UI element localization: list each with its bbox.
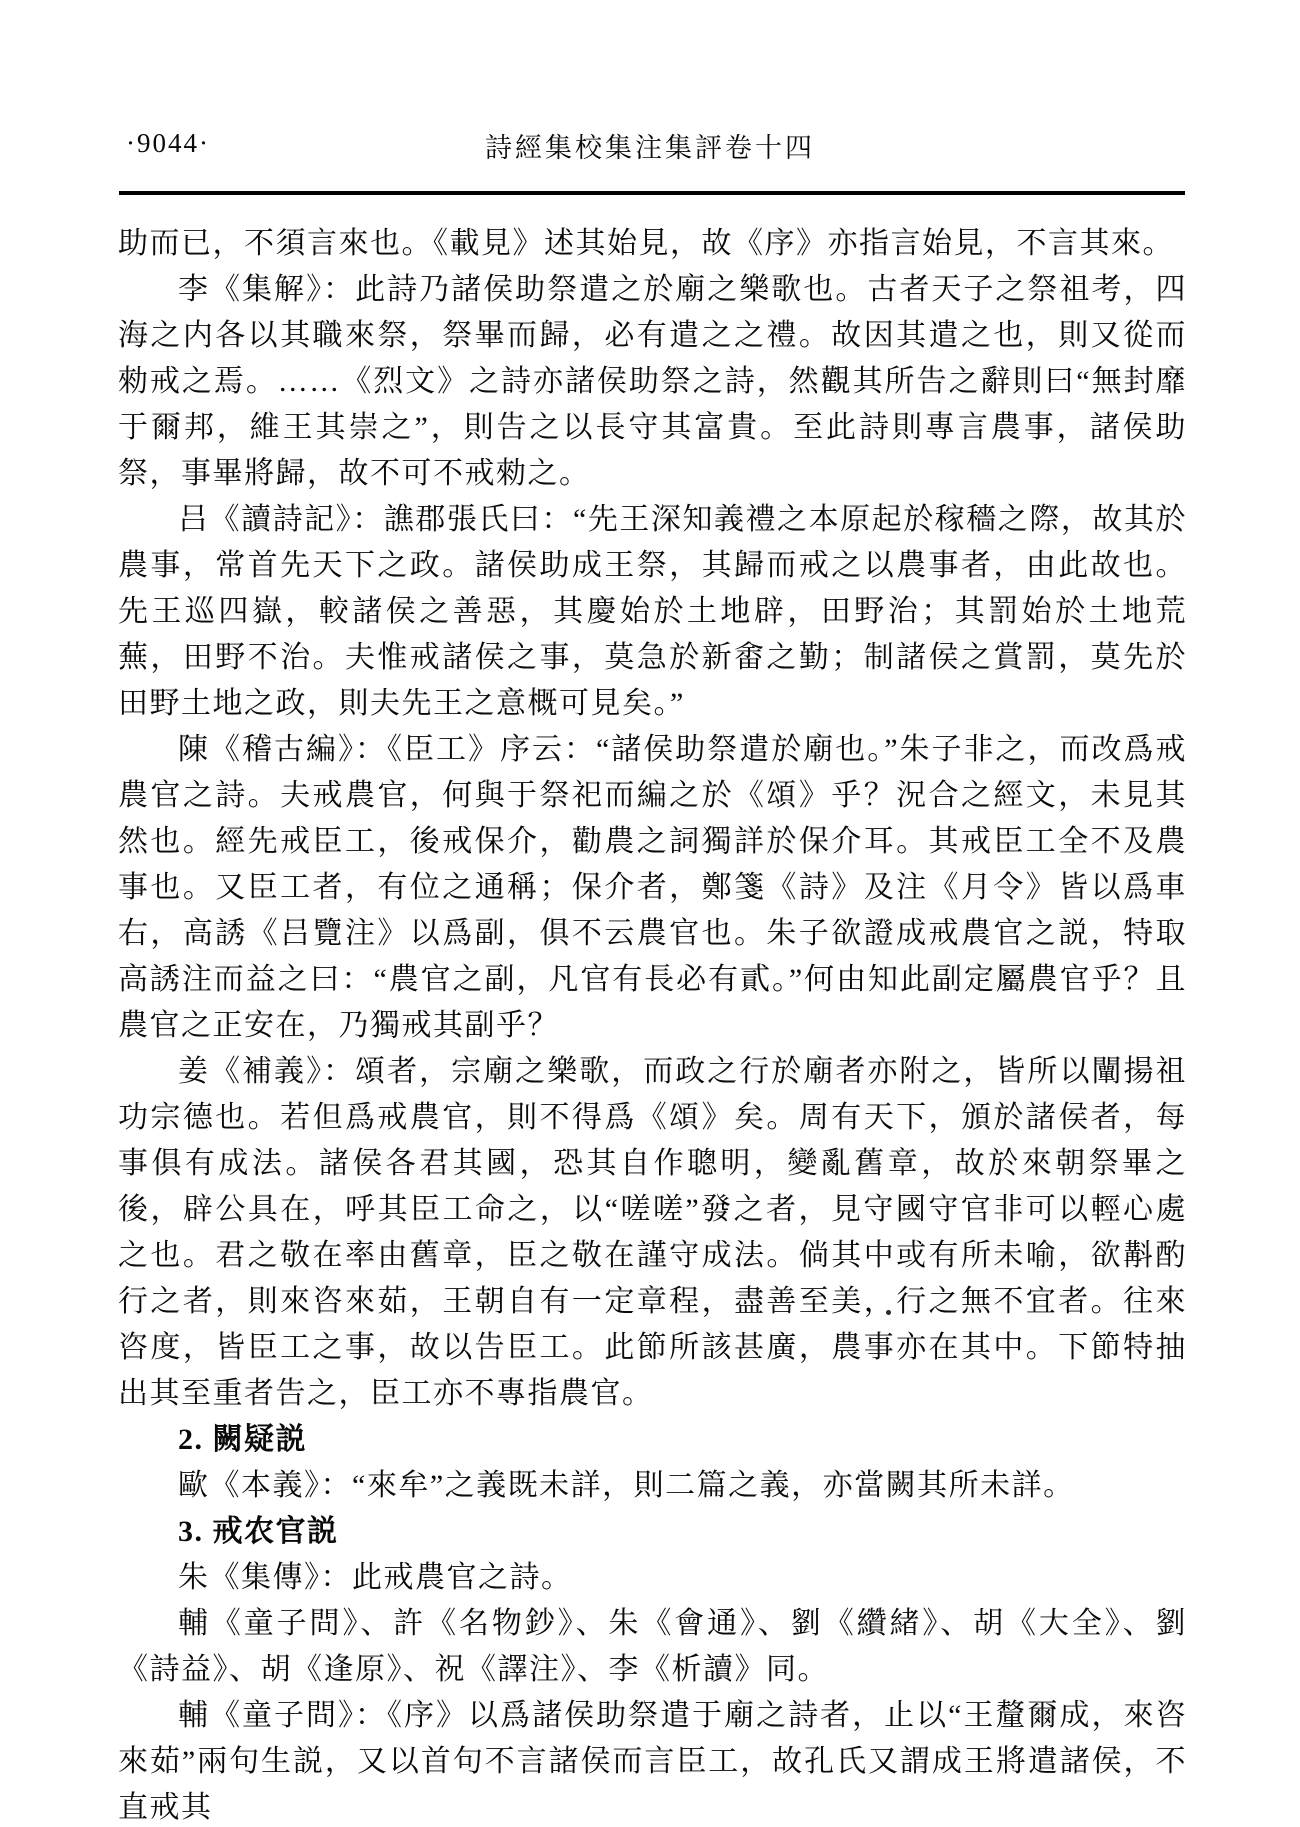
running-header-title: 詩經集校集注集評卷十四 (0, 126, 1300, 165)
commentary-paragraph-fu-tongziwen: 輔《童子問》：《序》以爲諸侯助祭遣于廟之詩者，止以“王釐爾成，來咨來茹”兩句生説… (118, 1693, 1187, 1827)
book-page: ·9044· 詩經集校集注集評卷十四 助而已，不須言來也。《載見》述其始見，故《… (0, 0, 1300, 1827)
body-text: 助而已，不須言來也。《載見》述其始見，故《序》亦指言始見，不言其來。 李《集解》… (118, 221, 1187, 1827)
commentary-paragraph-zhu-jizhuan: 朱《集傳》：此戒農官之詩。 (118, 1555, 1187, 1601)
header-divider-rule (119, 191, 1185, 195)
commentary-paragraph-chen-jigubian: 陳《稽古編》：《臣工》序云：“諸侯助祭遣於廟也。”朱子非之，而改爲戒農官之詩。夫… (118, 727, 1187, 1049)
commentary-paragraph-concurring-works-list: 輔《童子問》、許《名物鈔》、朱《會通》、劉《纘緒》、胡《大全》、劉《詩益》、胡《… (118, 1601, 1187, 1693)
commentary-paragraph-lv-dushiji: 吕《讀詩記》：譙郡張氏曰：“先王深知義禮之本原起於稼穡之際，故其於農事，常首先天… (118, 497, 1187, 727)
commentary-paragraph-continuation: 助而已，不須言來也。《載見》述其始見，故《序》亦指言始見，不言其來。 (118, 221, 1187, 267)
commentary-paragraph-ou-benyi: 歐《本義》：“來牟”之義既未詳，則二篇之義，亦當闕其所未詳。 (118, 1463, 1187, 1509)
commentary-paragraph-li-jijie: 李《集解》：此詩乃諸侯助祭遣之於廟之樂歌也。古者天子之祭祖考，四海之内各以其職來… (118, 267, 1187, 497)
section-heading-jie-nongguan: 3. 戒农官説 (118, 1509, 1187, 1555)
commentary-paragraph-jiang-buyi: 姜《補義》：頌者，宗廟之樂歌，而政之行於廟者亦附之，皆所以闡揚祖功宗德也。若但爲… (118, 1049, 1187, 1417)
section-heading-queyi: 2. 闕疑説 (118, 1417, 1187, 1463)
scan-speck (886, 1310, 891, 1315)
